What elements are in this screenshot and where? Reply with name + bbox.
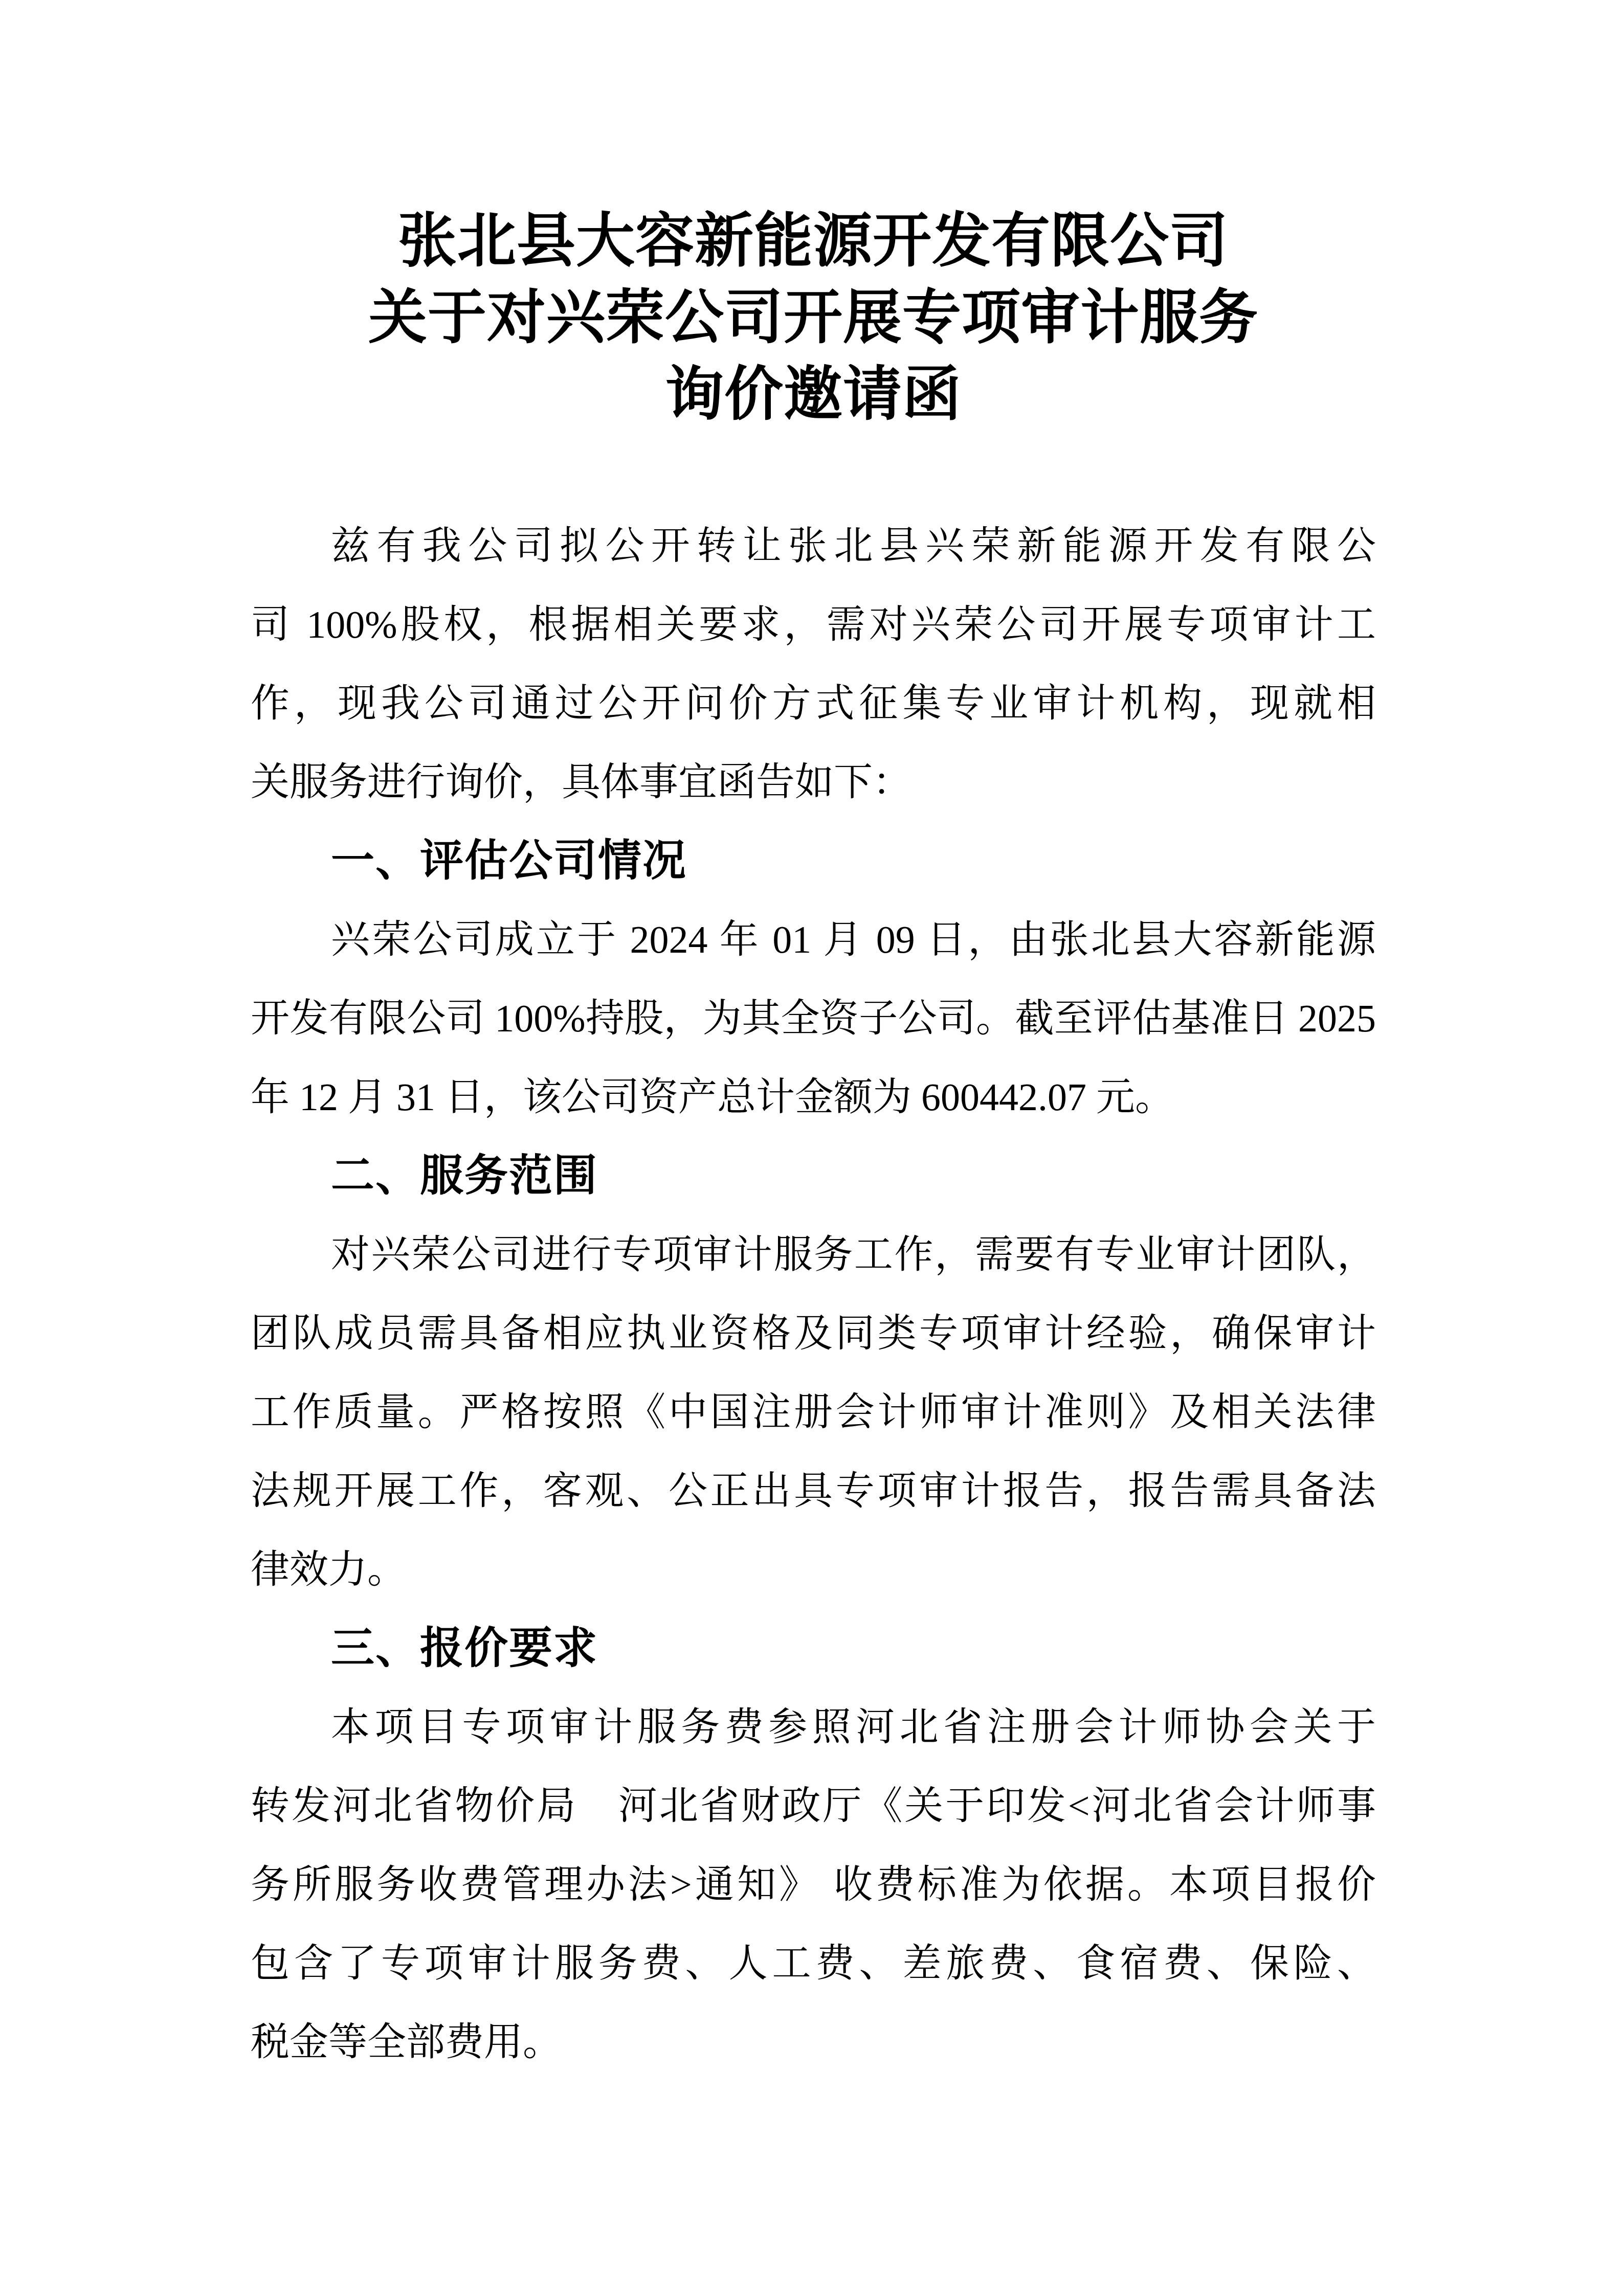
section-heading-company-info: 一、评估公司情况 bbox=[251, 822, 1376, 901]
paragraph-line: 包含了专项审计服务费、人工费、差旅费、食宿费、保险、 bbox=[251, 1924, 1376, 2003]
paragraph-line: 关服务进行询价，具体事宜函告如下： bbox=[251, 743, 1376, 822]
paragraph-line: 司 100%股权，根据相关要求，需对兴荣公司开展专项审计工 bbox=[251, 586, 1376, 664]
paragraph-line: 务所服务收费管理办法>通知》 收费标准为依据。本项目报价 bbox=[251, 1845, 1376, 1924]
section-heading-quotation-requirements: 三、报价要求 bbox=[251, 1609, 1376, 1688]
intro-paragraph: 兹有我公司拟公开转让张北县兴荣新能源开发有限公 司 100%股权，根据相关要求，… bbox=[251, 507, 1376, 822]
company-info-paragraph: 兴荣公司成立于 2024 年 01 月 09 日，由张北县大容新能源 开发有限公… bbox=[251, 901, 1376, 1137]
title-line-subject: 关于对兴荣公司开展专项审计服务 bbox=[251, 280, 1376, 356]
paragraph-line: 年 12 月 31 日，该公司资产总计金额为 600442.07 元。 bbox=[251, 1058, 1376, 1137]
paragraph-line: 法规开展工作，客观、公正出具专项审计报告，报告需具备法 bbox=[251, 1452, 1376, 1530]
section-heading-service-scope: 二、服务范围 bbox=[251, 1137, 1376, 1215]
paragraph-line: 律效力。 bbox=[251, 1530, 1376, 1609]
quotation-requirements-paragraph: 本项目专项审计服务费参照河北省注册会计师协会关于 转发河北省物价局 河北省财政厅… bbox=[251, 1688, 1376, 2082]
paragraph-line: 开发有限公司 100%持股，为其全资子公司。截至评估基准日 2025 bbox=[251, 979, 1376, 1058]
paragraph-line: 税金等全部费用。 bbox=[251, 2003, 1376, 2082]
document-page: 张北县大容新能源开发有限公司 关于对兴荣公司开展专项审计服务 询价邀请函 兹有我… bbox=[0, 0, 1624, 2296]
paragraph-line: 本项目专项审计服务费参照河北省注册会计师协会关于 bbox=[251, 1688, 1376, 1767]
document-title: 张北县大容新能源开发有限公司 关于对兴荣公司开展专项审计服务 询价邀请函 bbox=[251, 203, 1376, 433]
service-scope-paragraph: 对兴荣公司进行专项审计服务工作，需要有专业审计团队， 团队成员需具备相应执业资格… bbox=[251, 1215, 1376, 1609]
paragraph-line: 团队成员需具备相应执业资格及同类专项审计经验，确保审计 bbox=[251, 1294, 1376, 1373]
paragraph-line: 工作质量。严格按照《中国注册会计师审计准则》及相关法律 bbox=[251, 1373, 1376, 1452]
title-line-doctype: 询价邀请函 bbox=[251, 356, 1376, 433]
paragraph-line: 兴荣公司成立于 2024 年 01 月 09 日，由张北县大容新能源 bbox=[251, 901, 1376, 979]
paragraph-line: 转发河北省物价局 河北省财政厅《关于印发<河北省会计师事 bbox=[251, 1767, 1376, 1845]
document-body: 兹有我公司拟公开转让张北县兴荣新能源开发有限公 司 100%股权，根据相关要求，… bbox=[251, 507, 1376, 2082]
paragraph-line: 对兴荣公司进行专项审计服务工作，需要有专业审计团队， bbox=[251, 1215, 1376, 1294]
paragraph-line: 兹有我公司拟公开转让张北县兴荣新能源开发有限公 bbox=[251, 507, 1376, 586]
title-line-company: 张北县大容新能源开发有限公司 bbox=[251, 203, 1376, 280]
paragraph-line: 作，现我公司通过公开问价方式征集专业审计机构，现就相 bbox=[251, 664, 1376, 743]
